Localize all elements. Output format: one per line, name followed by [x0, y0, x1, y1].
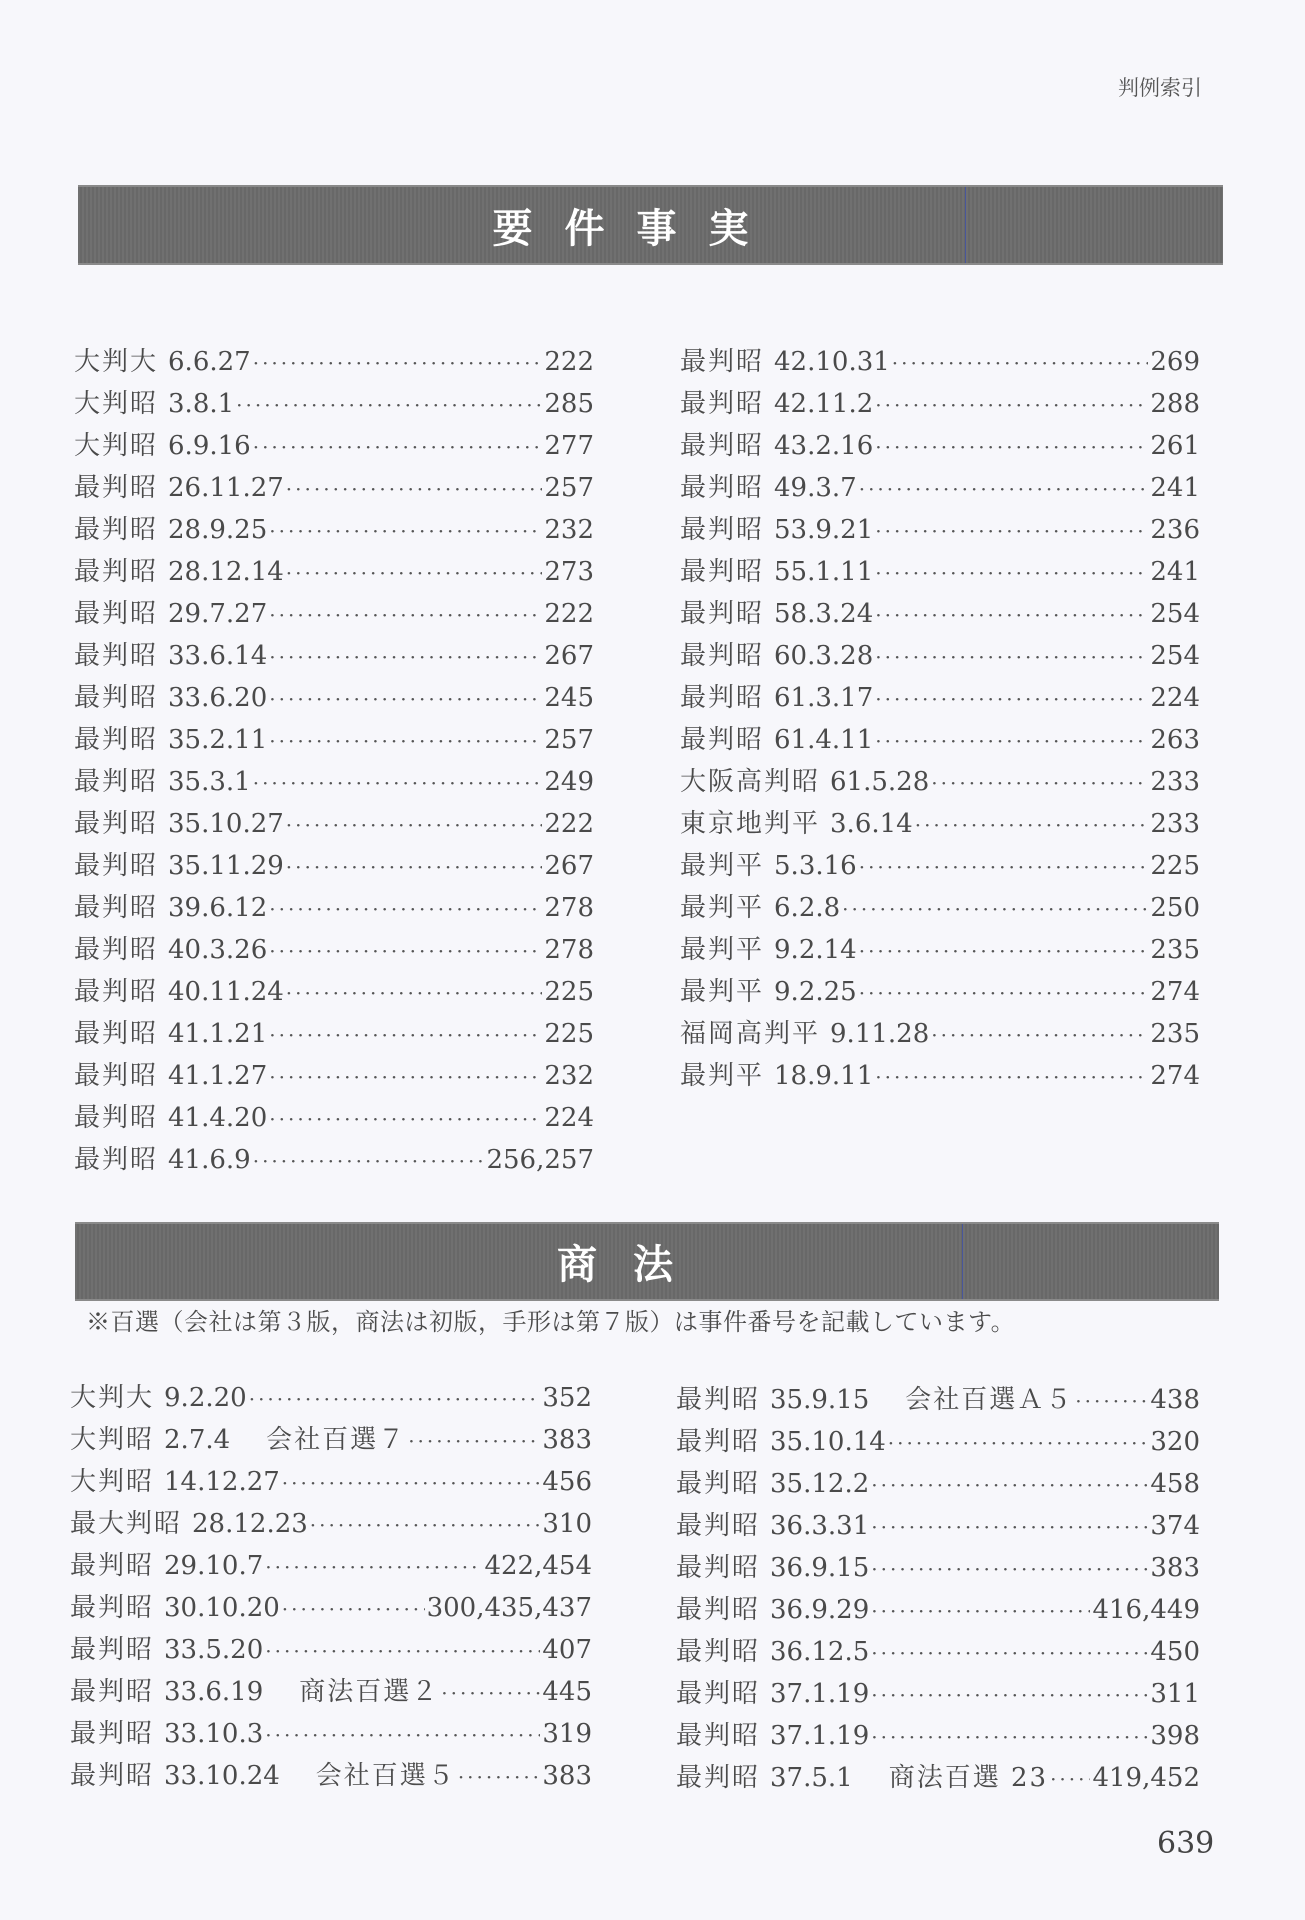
court-name: 最判昭	[74, 845, 158, 882]
dot-leader	[269, 939, 542, 963]
case-entry: 福岡高判平9.11.28235	[680, 1013, 1200, 1055]
page-reference: 352	[542, 1383, 592, 1413]
case-entry: 最判昭53.9.21236	[680, 509, 1200, 551]
page-reference: 224	[1150, 683, 1200, 713]
case-entry: 最判昭49.3.7241	[680, 467, 1200, 509]
section-banner-yoken-jijitsu: 要件事実	[78, 185, 1223, 265]
casebook-reference: 会社百選Ａ５	[905, 1379, 1073, 1416]
case-entry: 最判昭36.12.5450	[676, 1631, 1200, 1673]
decision-date: 35.10.14	[770, 1427, 886, 1457]
decision-date: 28.9.25	[168, 515, 267, 545]
page-reference: 250	[1150, 893, 1200, 923]
casebook-reference: 会社百選７	[266, 1419, 406, 1456]
court-name: 最判昭	[70, 1587, 154, 1624]
dot-leader	[842, 897, 1148, 921]
court-name: 最判昭	[74, 887, 158, 924]
case-entry: 最判昭28.9.25232	[74, 509, 594, 551]
dot-leader	[269, 1023, 542, 1047]
banner-divider	[962, 1224, 963, 1299]
page-reference: 278	[544, 893, 594, 923]
page-reference: 263	[1150, 725, 1200, 755]
case-entry: 最判平9.2.14235	[680, 929, 1200, 971]
decision-date: 6.2.8	[774, 893, 840, 923]
casebook-reference: 商法百選 23	[889, 1757, 1048, 1794]
dot-leader	[875, 603, 1148, 627]
court-name: 最判昭	[676, 1757, 760, 1794]
dot-leader	[1075, 1389, 1148, 1413]
court-name: 最判昭	[74, 1013, 158, 1050]
decision-date: 9.2.25	[774, 977, 857, 1007]
court-name: 最判昭	[74, 551, 158, 588]
case-entry: 最判昭37.1.19398	[676, 1715, 1200, 1757]
page-reference: 254	[1150, 641, 1200, 671]
page-reference: 310	[542, 1509, 592, 1539]
case-entry: 最判昭29.10.7422,454	[70, 1545, 592, 1587]
page-reference: 300,435,437	[427, 1593, 592, 1623]
page-reference: 224	[544, 1103, 594, 1133]
court-name: 最判昭	[676, 1589, 760, 1626]
dot-leader	[310, 1513, 541, 1537]
court-name: 最判昭	[70, 1545, 154, 1582]
court-name: 最判昭	[680, 467, 764, 504]
court-name: 最判昭	[74, 761, 158, 798]
dot-leader	[931, 1023, 1148, 1047]
dot-leader	[875, 687, 1148, 711]
court-name: 大判昭	[74, 425, 158, 462]
case-entry: 最判昭40.3.26278	[74, 929, 594, 971]
section-title: 商法	[525, 1233, 709, 1290]
case-entry: 最判昭36.9.29416,449	[676, 1589, 1200, 1631]
court-name: 最判昭	[676, 1715, 760, 1752]
case-entry: 大判昭2.7.4会社百選７383	[70, 1419, 592, 1461]
court-name: 最判昭	[680, 593, 764, 630]
case-entry: 最判昭36.9.15383	[676, 1547, 1200, 1589]
page-reference: 233	[1150, 809, 1200, 839]
court-name: 最判昭	[74, 1097, 158, 1134]
decision-date: 2.7.4	[164, 1425, 230, 1455]
page-reference: 245	[544, 683, 594, 713]
decision-date: 41.4.20	[168, 1103, 267, 1133]
court-name: 最大判昭	[70, 1503, 182, 1540]
dot-leader	[888, 1431, 1149, 1455]
page-reference: 274	[1150, 977, 1200, 1007]
dot-leader	[871, 1725, 1148, 1749]
page-reference: 232	[544, 1061, 594, 1091]
case-entry: 最判昭41.4.20224	[74, 1097, 594, 1139]
dot-leader	[875, 435, 1148, 459]
decision-date: 49.3.7	[774, 473, 857, 503]
page-reference: 222	[544, 809, 594, 839]
page-reference: 458	[1150, 1469, 1200, 1499]
dot-leader	[253, 435, 543, 459]
case-entry: 最判昭36.3.31374	[676, 1505, 1200, 1547]
decision-date: 60.3.28	[774, 641, 873, 671]
dot-leader	[282, 1597, 425, 1621]
court-name: 最判昭	[74, 1139, 158, 1176]
case-entry: 最判昭61.4.11263	[680, 719, 1200, 761]
court-name: 最判昭	[74, 593, 158, 630]
court-name: 大判大	[74, 341, 158, 378]
decision-date: 42.10.31	[774, 347, 890, 377]
dot-leader	[249, 1387, 541, 1411]
decision-date: 9.11.28	[830, 1019, 929, 1049]
court-name: 最判昭	[74, 467, 158, 504]
page-reference: 398	[1150, 1721, 1200, 1751]
decision-date: 9.2.14	[774, 935, 857, 965]
court-name: 最判昭	[70, 1713, 154, 1750]
page-reference: 232	[544, 515, 594, 545]
decision-date: 18.9.11	[774, 1061, 873, 1091]
court-name: 最判昭	[676, 1673, 760, 1710]
page-reference: 277	[544, 431, 594, 461]
page-reference: 235	[1150, 935, 1200, 965]
decision-date: 30.10.20	[164, 1593, 280, 1623]
decision-date: 41.6.9	[168, 1145, 251, 1175]
case-entry: 最判昭40.11.24225	[74, 971, 594, 1013]
page-reference: 374	[1150, 1511, 1200, 1541]
case-entry: 最判昭35.10.14320	[676, 1421, 1200, 1463]
decision-date: 61.5.28	[830, 767, 929, 797]
decision-date: 43.2.16	[774, 431, 873, 461]
court-name: 最判昭	[74, 719, 158, 756]
decision-date: 53.9.21	[774, 515, 873, 545]
decision-date: 33.10.3	[164, 1719, 263, 1749]
case-entry: 最判昭29.7.27222	[74, 593, 594, 635]
page-reference: 233	[1150, 767, 1200, 797]
banner-divider	[965, 187, 966, 263]
case-entry: 最判昭35.10.27222	[74, 803, 594, 845]
dot-leader	[875, 519, 1148, 543]
dot-leader	[269, 1065, 542, 1089]
page-reference: 222	[544, 599, 594, 629]
decision-date: 35.12.2	[770, 1469, 869, 1499]
decision-date: 55.1.11	[774, 557, 873, 587]
dot-leader	[282, 1471, 541, 1495]
decision-date: 33.6.14	[168, 641, 267, 671]
dot-leader	[875, 393, 1148, 417]
page-reference: 422,454	[484, 1551, 592, 1581]
court-name: 最判平	[680, 1055, 764, 1092]
page-reference: 235	[1150, 1019, 1200, 1049]
court-name: 大判昭	[70, 1461, 154, 1498]
dot-leader	[931, 771, 1148, 795]
decision-date: 33.6.20	[168, 683, 267, 713]
case-entry: 最判昭42.11.2288	[680, 383, 1200, 425]
case-entry: 最判昭35.2.11257	[74, 719, 594, 761]
page-reference: 274	[1150, 1061, 1200, 1091]
court-name: 最判昭	[74, 1055, 158, 1092]
dot-leader	[875, 561, 1148, 585]
dot-leader	[859, 477, 1149, 501]
case-entry: 最判平5.3.16225	[680, 845, 1200, 887]
case-entry: 最判平9.2.25274	[680, 971, 1200, 1013]
court-name: 最判昭	[74, 509, 158, 546]
dot-leader	[871, 1599, 1090, 1623]
decision-date: 6.6.27	[168, 347, 251, 377]
page-reference: 383	[542, 1761, 592, 1791]
decision-date: 36.12.5	[770, 1637, 869, 1667]
court-name: 最判昭	[680, 635, 764, 672]
case-entry: 最判昭33.6.20245	[74, 677, 594, 719]
page-reference: 320	[1150, 1427, 1200, 1457]
court-name: 東京地判平	[680, 803, 820, 840]
decision-date: 35.2.11	[168, 725, 267, 755]
case-entry: 大判昭6.9.16277	[74, 425, 594, 467]
decision-date: 14.12.27	[164, 1467, 280, 1497]
court-name: 最判昭	[74, 803, 158, 840]
page-reference: 267	[544, 641, 594, 671]
dot-leader	[253, 1149, 485, 1173]
case-entry: 最判昭41.1.21225	[74, 1013, 594, 1055]
decision-date: 28.12.23	[192, 1509, 308, 1539]
court-name: 大判昭	[70, 1419, 154, 1456]
dot-leader	[441, 1681, 540, 1705]
decision-date: 37.1.19	[770, 1721, 869, 1751]
section-title: 要件事実	[461, 197, 781, 254]
page-reference: 254	[1150, 599, 1200, 629]
dot-leader	[269, 897, 542, 921]
page-reference: 383	[1150, 1553, 1200, 1583]
court-name: 最判昭	[676, 1631, 760, 1668]
dot-leader	[408, 1429, 540, 1453]
case-entry: 最判昭55.1.11241	[680, 551, 1200, 593]
decision-date: 36.9.29	[770, 1595, 869, 1625]
decision-date: 61.3.17	[774, 683, 873, 713]
case-entry: 最判昭41.1.27232	[74, 1055, 594, 1097]
case-entry: 最判昭42.10.31269	[680, 341, 1200, 383]
decision-date: 33.10.24	[164, 1761, 280, 1791]
court-name: 福岡高判平	[680, 1013, 820, 1050]
decision-date: 36.9.15	[770, 1553, 869, 1583]
court-name: 最判昭	[680, 383, 764, 420]
court-name: 最判昭	[70, 1629, 154, 1666]
page-reference: 267	[544, 851, 594, 881]
running-head: 判例索引	[1118, 72, 1202, 102]
court-name: 最判昭	[676, 1421, 760, 1458]
dot-leader	[871, 1515, 1148, 1539]
dot-leader	[871, 1641, 1148, 1665]
page-reference: 249	[544, 767, 594, 797]
page-reference: 225	[544, 977, 594, 1007]
page-reference: 222	[544, 347, 594, 377]
page-reference: 419,452	[1092, 1763, 1200, 1793]
court-name: 最判昭	[676, 1505, 760, 1542]
decision-date: 41.1.27	[168, 1061, 267, 1091]
page-reference: 225	[1150, 851, 1200, 881]
decision-date: 40.3.26	[168, 935, 267, 965]
page-reference: 257	[544, 725, 594, 755]
case-entry: 最判平18.9.11274	[680, 1055, 1200, 1097]
dot-leader	[265, 1723, 540, 1747]
case-entry: 最判昭30.10.20300,435,437	[70, 1587, 592, 1629]
dot-leader	[871, 1557, 1148, 1581]
dot-leader	[236, 393, 542, 417]
decision-date: 35.3.1	[168, 767, 251, 797]
case-entry: 大判大6.6.27222	[74, 341, 594, 383]
decision-date: 36.3.31	[770, 1511, 869, 1541]
dot-leader	[1050, 1767, 1090, 1791]
decision-date: 3.6.14	[830, 809, 913, 839]
page-reference: 257	[544, 473, 594, 503]
case-entry: 最判昭33.5.20407	[70, 1629, 592, 1671]
court-name: 最判平	[680, 971, 764, 1008]
court-name: 最判昭	[680, 341, 764, 378]
page-reference: 445	[542, 1677, 592, 1707]
case-list-right: 最判昭42.10.31269最判昭42.11.2288最判昭43.2.16261…	[680, 341, 1200, 1097]
court-name: 最判平	[680, 887, 764, 924]
page-reference: 285	[544, 389, 594, 419]
case-entry: 大判大9.2.20352	[70, 1377, 592, 1419]
page-reference: 225	[544, 1019, 594, 1049]
court-name: 最判昭	[680, 677, 764, 714]
case-entry: 最判昭39.6.12278	[74, 887, 594, 929]
court-name: 最判平	[680, 929, 764, 966]
dot-leader	[859, 981, 1149, 1005]
dot-leader	[892, 351, 1149, 375]
case-entry: 最判昭37.5.1商法百選 23419,452	[676, 1757, 1200, 1799]
court-name: 最判昭	[74, 677, 158, 714]
dot-leader	[875, 729, 1148, 753]
court-name: 最判昭	[676, 1379, 760, 1416]
page-reference: 273	[544, 557, 594, 587]
page-reference: 261	[1150, 431, 1200, 461]
decision-date: 35.10.27	[168, 809, 284, 839]
case-entry: 最判昭28.12.14273	[74, 551, 594, 593]
page-reference: 416,449	[1092, 1595, 1200, 1625]
decision-date: 39.6.12	[168, 893, 267, 923]
page-reference: 236	[1150, 515, 1200, 545]
page-number: 639	[1157, 1826, 1214, 1861]
decision-date: 33.6.19	[164, 1677, 263, 1707]
case-entry: 最判昭33.6.14267	[74, 635, 594, 677]
case-entry: 最判昭60.3.28254	[680, 635, 1200, 677]
page-reference: 269	[1150, 347, 1200, 377]
decision-date: 58.3.24	[774, 599, 873, 629]
dot-leader	[269, 519, 542, 543]
court-name: 大判昭	[74, 383, 158, 420]
case-entry: 最判昭61.3.17224	[680, 677, 1200, 719]
dot-leader	[286, 855, 543, 879]
case-entry: 東京地判平3.6.14233	[680, 803, 1200, 845]
case-entry: 大判昭14.12.27456	[70, 1461, 592, 1503]
court-name: 最判昭	[74, 635, 158, 672]
case-entry: 最判昭35.12.2458	[676, 1463, 1200, 1505]
dot-leader	[875, 645, 1148, 669]
case-list-left: 大判大9.2.20352大判昭2.7.4会社百選７383大判昭14.12.274…	[70, 1377, 592, 1797]
court-name: 最判昭	[74, 971, 158, 1008]
court-name: 最判昭	[70, 1671, 154, 1708]
page-reference: 456	[542, 1467, 592, 1497]
case-entry: 最判昭33.10.24会社百選５383	[70, 1755, 592, 1797]
page-reference: 288	[1150, 389, 1200, 419]
dot-leader	[269, 603, 542, 627]
dot-leader	[253, 771, 543, 795]
decision-date: 26.11.27	[168, 473, 284, 503]
dot-leader	[265, 1555, 482, 1579]
dot-leader	[253, 351, 543, 375]
decision-date: 42.11.2	[774, 389, 873, 419]
page-reference: 407	[542, 1635, 592, 1665]
case-list-right: 最判昭35.9.15会社百選Ａ５438最判昭35.10.14320最判昭35.1…	[676, 1379, 1200, 1799]
decision-date: 6.9.16	[168, 431, 251, 461]
case-entry: 最判昭26.11.27257	[74, 467, 594, 509]
decision-date: 40.11.24	[168, 977, 284, 1007]
page-reference: 241	[1150, 473, 1200, 503]
page-reference: 278	[544, 935, 594, 965]
court-name: 最判昭	[680, 509, 764, 546]
dot-leader	[859, 855, 1149, 879]
decision-date: 33.5.20	[164, 1635, 263, 1665]
casebook-reference: 会社百選５	[316, 1755, 456, 1792]
case-entry: 最判昭33.10.3319	[70, 1713, 592, 1755]
decision-date: 5.3.16	[774, 851, 857, 881]
case-entry: 大阪高判昭61.5.28233	[680, 761, 1200, 803]
dot-leader	[269, 687, 542, 711]
case-list-left: 大判大6.6.27222大判昭3.8.1285大判昭6.9.16277最判昭26…	[74, 341, 594, 1181]
section-banner-shoho: 商法	[75, 1222, 1219, 1301]
decision-date: 9.2.20	[164, 1383, 247, 1413]
decision-date: 35.11.29	[168, 851, 284, 881]
court-name: 大阪高判昭	[680, 761, 820, 798]
casebook-reference: 商法百選２	[299, 1671, 439, 1708]
case-entry: 大判昭3.8.1285	[74, 383, 594, 425]
case-entry: 最判昭37.1.19311	[676, 1673, 1200, 1715]
page-reference: 438	[1150, 1385, 1200, 1415]
court-name: 最判昭	[70, 1755, 154, 1792]
dot-leader	[286, 813, 543, 837]
decision-date: 61.4.11	[774, 725, 873, 755]
dot-leader	[269, 1107, 542, 1131]
court-name: 最判平	[680, 845, 764, 882]
dot-leader	[871, 1683, 1148, 1707]
dot-leader	[286, 477, 543, 501]
dot-leader	[269, 645, 542, 669]
decision-date: 29.10.7	[164, 1551, 263, 1581]
dot-leader	[286, 981, 543, 1005]
page-reference: 256,257	[486, 1145, 594, 1175]
case-entry: 最判平6.2.8250	[680, 887, 1200, 929]
dot-leader	[875, 1065, 1148, 1089]
dot-leader	[286, 561, 543, 585]
case-entry: 最判昭35.9.15会社百選Ａ５438	[676, 1379, 1200, 1421]
court-name: 最判昭	[74, 929, 158, 966]
case-entry: 最判昭35.11.29267	[74, 845, 594, 887]
decision-date: 3.8.1	[168, 389, 234, 419]
court-name: 最判昭	[680, 425, 764, 462]
dot-leader	[265, 1639, 540, 1663]
page-reference: 383	[542, 1425, 592, 1455]
court-name: 大判大	[70, 1377, 154, 1414]
page-reference: 241	[1150, 557, 1200, 587]
case-entry: 最判昭41.6.9256,257	[74, 1139, 594, 1181]
section-note: ※百選（会社は第３版，商法は初版，手形は第７版）は事件番号を記載しています。	[86, 1302, 1226, 1337]
decision-date: 41.1.21	[168, 1019, 267, 1049]
court-name: 最判昭	[680, 719, 764, 756]
decision-date: 37.5.1	[770, 1763, 853, 1793]
case-entry: 最判昭33.6.19商法百選２445	[70, 1671, 592, 1713]
decision-date: 29.7.27	[168, 599, 267, 629]
page-reference: 450	[1150, 1637, 1200, 1667]
case-entry: 最大判昭28.12.23310	[70, 1503, 592, 1545]
court-name: 最判昭	[676, 1547, 760, 1584]
page-reference: 319	[542, 1719, 592, 1749]
court-name: 最判昭	[680, 551, 764, 588]
case-entry: 最判昭58.3.24254	[680, 593, 1200, 635]
dot-leader	[859, 939, 1149, 963]
page-reference: 311	[1150, 1679, 1200, 1709]
case-entry: 最判昭43.2.16261	[680, 425, 1200, 467]
dot-leader	[458, 1765, 541, 1789]
